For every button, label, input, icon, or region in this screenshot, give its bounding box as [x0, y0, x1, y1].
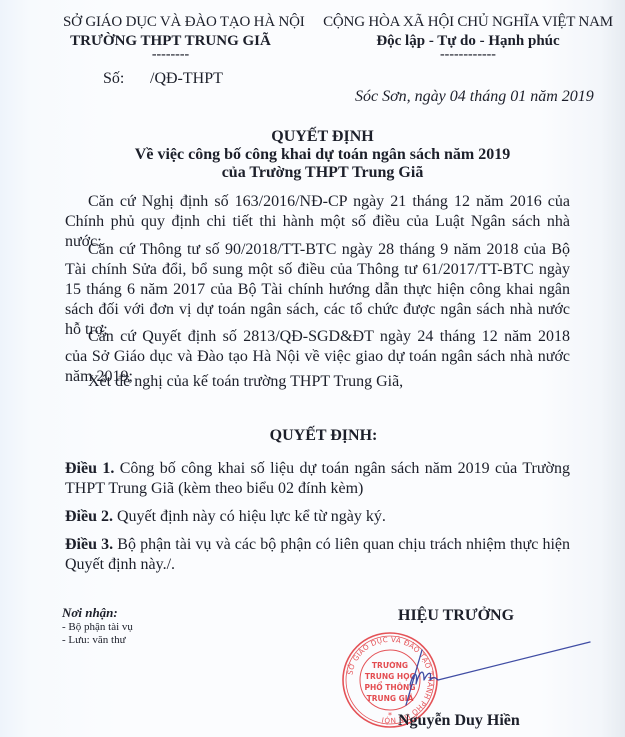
- document-subject-line-1: Về việc công bố công khai dự toán ngân s…: [0, 146, 625, 164]
- article-text: Công bố công khai số liệu dự toán ngân s…: [65, 460, 570, 497]
- article-text: Quyết định này có hiệu lực kể từ ngày ký…: [113, 508, 386, 525]
- preamble-paragraph: Xét đề nghị của kế toán trường THPT Trun…: [65, 372, 570, 392]
- article-1: Điều 1. Công bố công khai số liệu dự toá…: [65, 459, 570, 499]
- header-right-separator: ------------: [318, 47, 618, 63]
- country-name: CỘNG HÒA XÃ HỘI CHỦ NGHĨA VIỆT NAM: [318, 14, 618, 31]
- signer-name: Nguyễn Duy Hiền: [398, 712, 520, 730]
- document-subject-line-2: của Trường THPT Trung Giã: [0, 164, 625, 182]
- document-title: QUYẾT ĐỊNH: [0, 128, 625, 146]
- issuing-department: SỞ GIÁO DỤC VÀ ĐÀO TẠO HÀ NỘI: [63, 14, 278, 31]
- article-label: Điều 1.: [65, 460, 114, 477]
- document-number-label: Số:: [103, 70, 124, 88]
- article-label: Điều 3.: [65, 536, 113, 553]
- preamble-paragraph: Căn cứ Thông tư số 90/2018/TT-BTC ngày 2…: [65, 240, 570, 340]
- recipient-item: - Lưu: văn thư: [62, 634, 126, 646]
- article-label: Điều 2.: [65, 508, 113, 525]
- svg-text:*: *: [388, 711, 392, 720]
- handwritten-signature-icon: [400, 640, 600, 710]
- article-2: Điều 2. Quyết định này có hiệu lực kể từ…: [65, 507, 570, 527]
- article-3: Điều 3. Bộ phận tài vụ và các bộ phận có…: [65, 535, 570, 575]
- place-and-date: Sóc Sơn, ngày 04 tháng 01 năm 2019: [355, 88, 594, 106]
- decision-heading: QUYẾT ĐỊNH:: [0, 427, 625, 445]
- recipients-title: Nơi nhận:: [62, 605, 118, 621]
- header-left-separator: --------: [63, 47, 278, 63]
- article-text: Bộ phận tài vụ và các bộ phận có liên qu…: [65, 536, 570, 573]
- recipient-item: - Bộ phận tài vụ: [62, 621, 133, 633]
- signer-position: HIỆU TRƯỞNG: [398, 607, 514, 625]
- decision-document: SỞ GIÁO DỤC VÀ ĐÀO TẠO HÀ NỘI TRƯỜNG THP…: [0, 0, 625, 737]
- document-number: /QĐ-THPT: [150, 70, 223, 88]
